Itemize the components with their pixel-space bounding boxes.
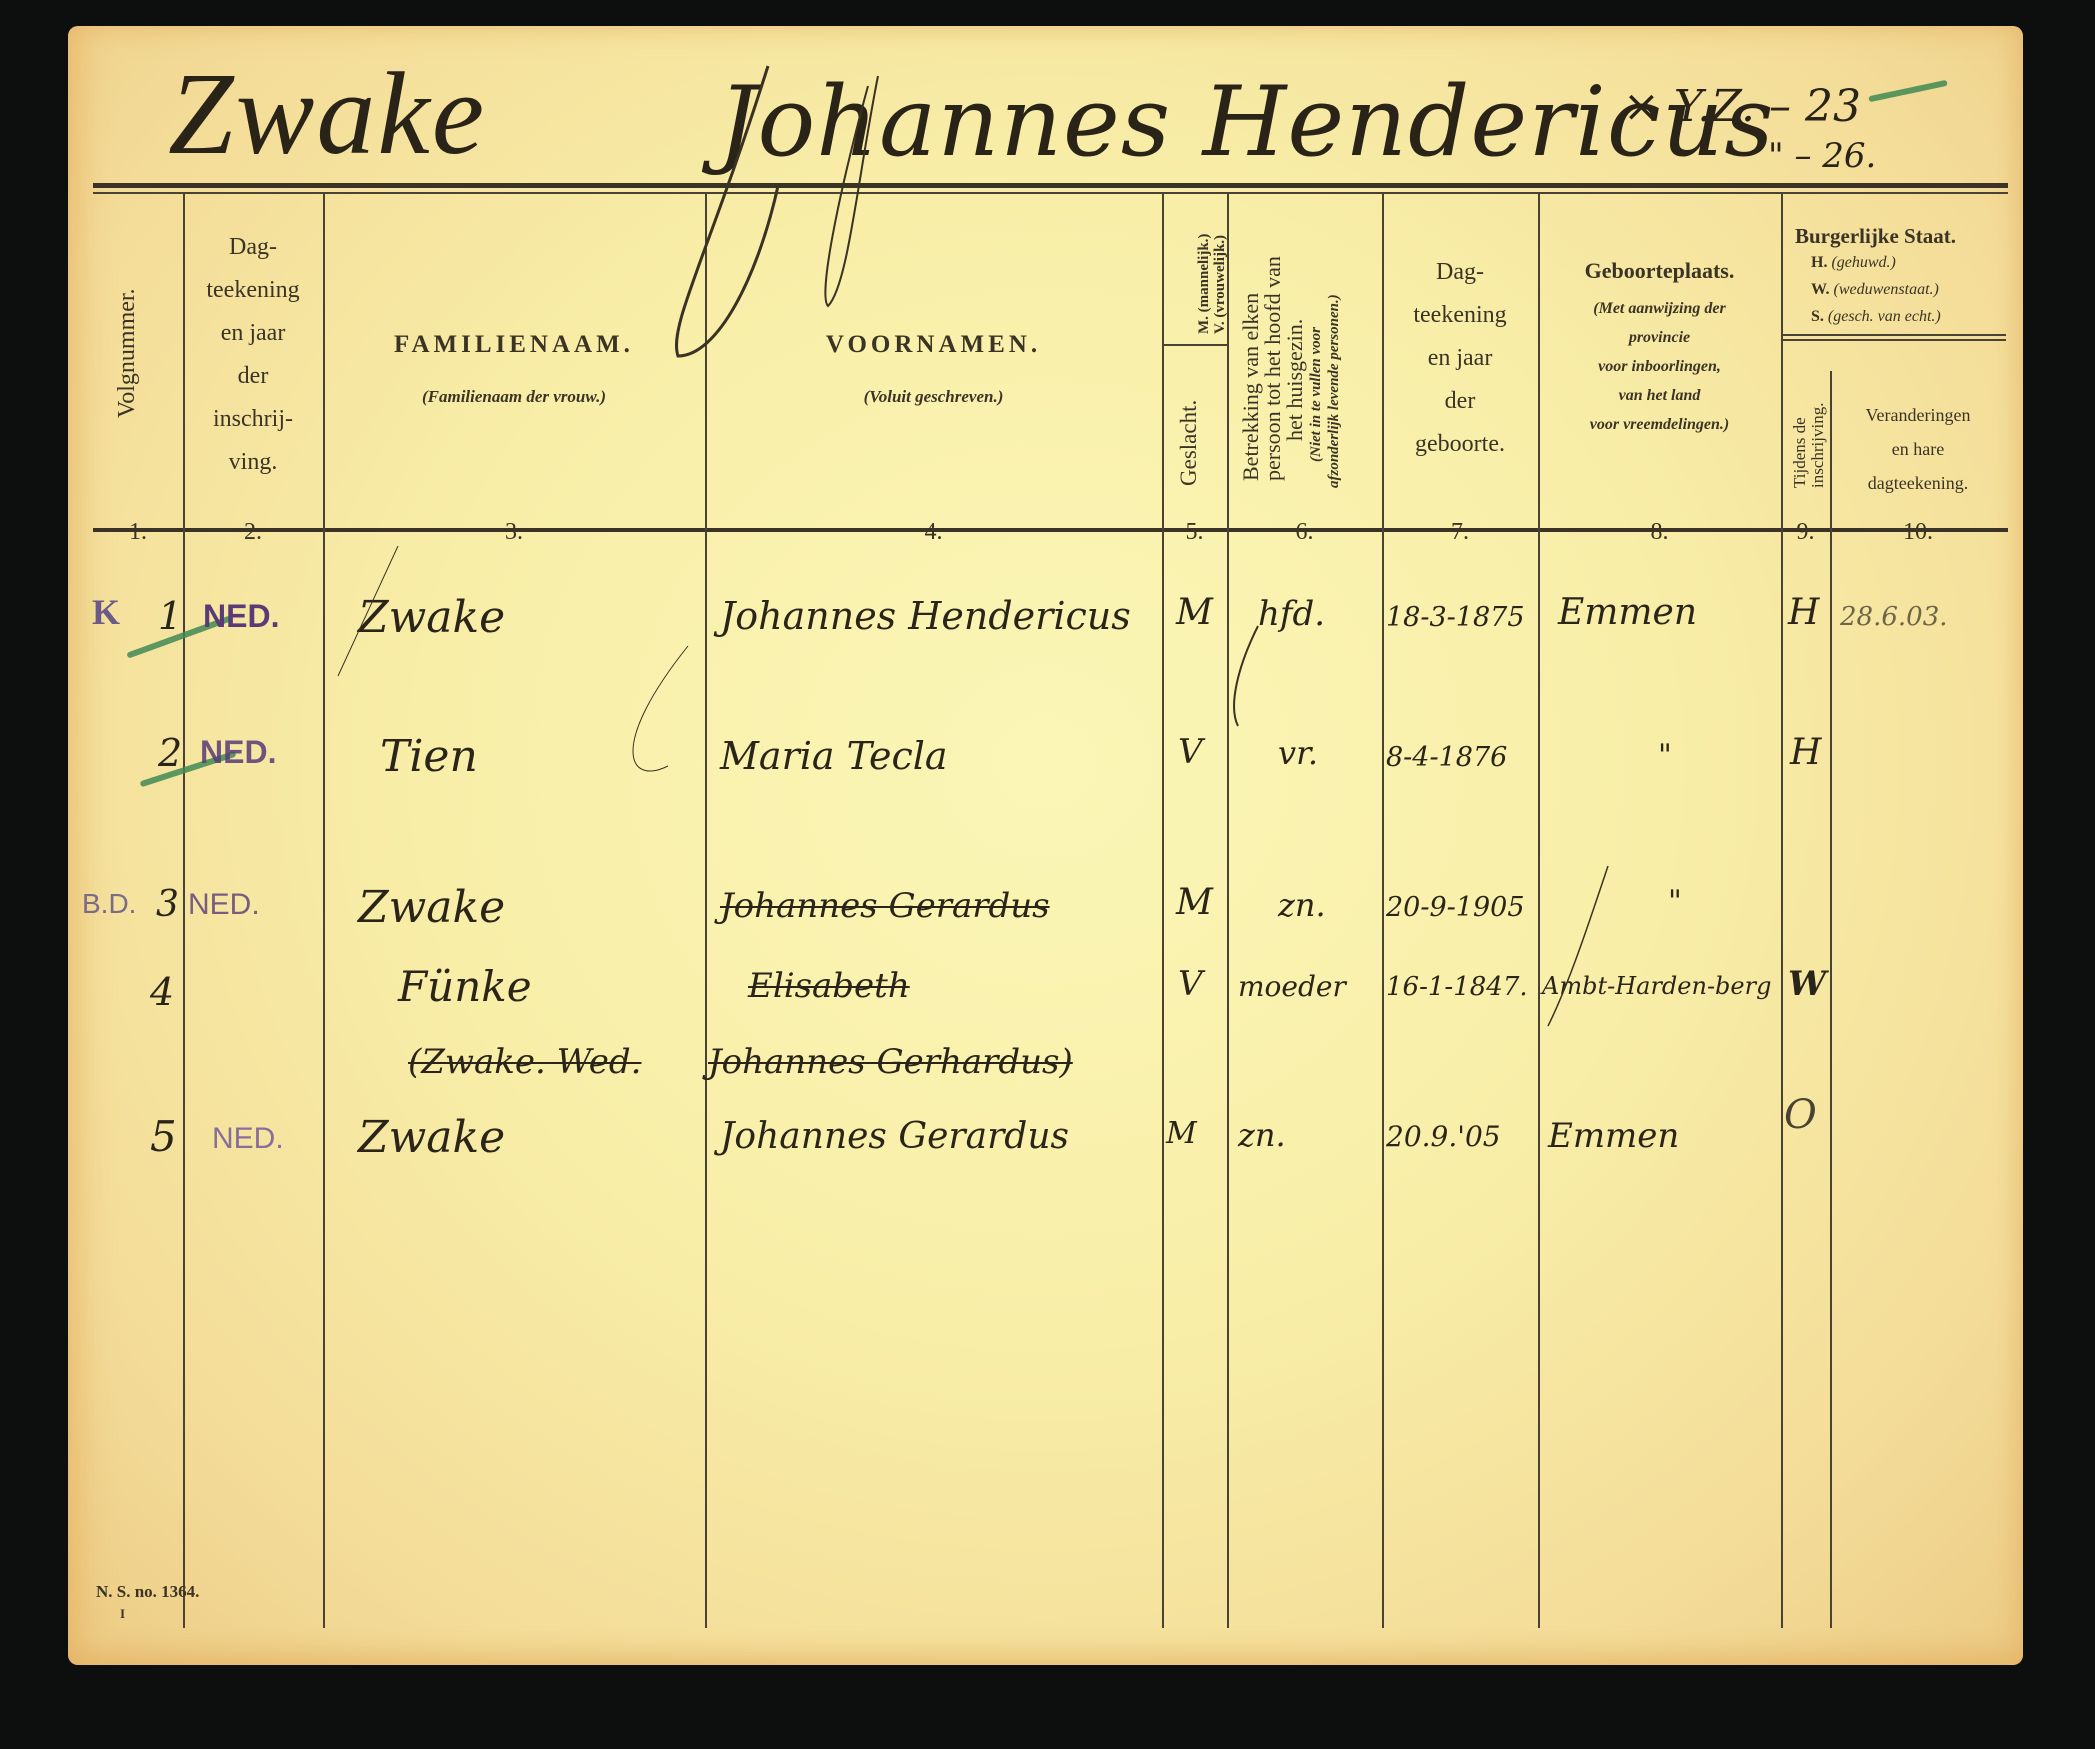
population-register-card: Zwake Johannes Hendericus × Y.Z. – 23 " … — [68, 26, 2023, 1665]
pen-flourish-strokes — [68, 26, 2023, 1665]
form-number: N. S. no. 1364. — [96, 1582, 199, 1602]
form-sub-number: I — [120, 1606, 125, 1622]
